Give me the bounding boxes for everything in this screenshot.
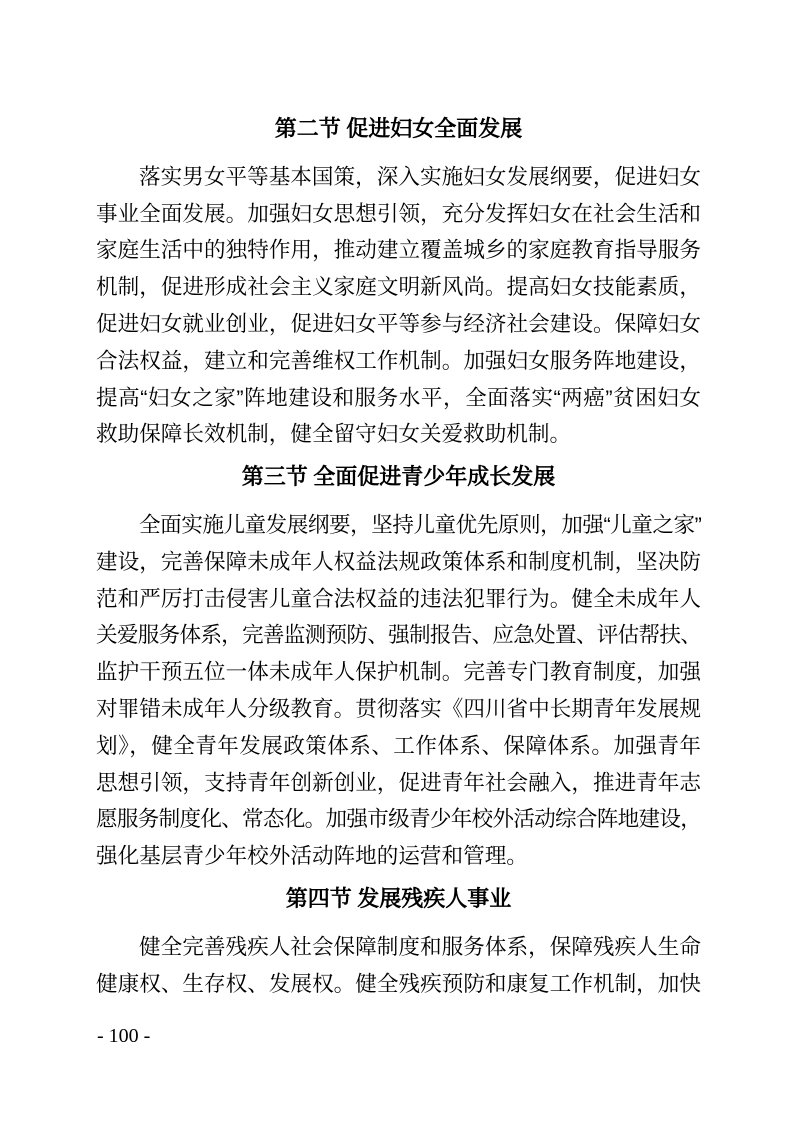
text-line: 救助保障长效机制，健全留守妇女关爱救助机制。 xyxy=(96,416,701,453)
section-heading-women-development: 第二节 促进妇女全面发展 xyxy=(96,111,701,148)
paragraph-youth-growth: 全面实施儿童发展纲要，坚持儿童优先原则，加强“儿童之家” 建设，完善保障未成年人… xyxy=(96,507,701,875)
text-line: 对罪错未成年人分级教育。贯彻落实《四川省中长期青年发展规 xyxy=(96,691,701,728)
text-line: 建设，完善保障未成年人权益法规政策体系和制度机制，坚决防 xyxy=(96,544,701,581)
text-line: 落实男女平等基本国策，深入实施妇女发展纲要，促进妇女 xyxy=(96,159,701,196)
paragraph-women-development: 落实男女平等基本国策，深入实施妇女发展纲要，促进妇女 事业全面发展。加强妇女思想… xyxy=(96,159,701,453)
text-line: 事业全面发展。加强妇女思想引领，充分发挥妇女在社会生活和 xyxy=(96,196,701,233)
paragraph-disabled-persons: 健全完善残疾人社会保障制度和服务体系，保障残疾人生命 健康权、生存权、发展权。健… xyxy=(96,929,701,1003)
text-line: 监护干预五位一体未成年人保护机制。完善专门教育制度，加强 xyxy=(96,654,701,691)
text-line: 提高“妇女之家”阵地建设和服务水平，全面落实“两癌”贫困妇女 xyxy=(96,380,701,417)
text-line: 家庭生活中的独特作用，推动建立覆盖城乡的家庭教育指导服务 xyxy=(96,232,701,269)
text-line: 愿服务制度化、常态化。加强市级青少年校外活动综合阵地建设， xyxy=(96,801,701,838)
text-line: 关爱服务体系，完善监测预防、强制报告、应急处置、评估帮扶、 xyxy=(96,617,701,654)
text-line: 划》，健全青年发展政策体系、工作体系、保障体系。加强青年 xyxy=(96,728,701,765)
text-line: 健全完善残疾人社会保障制度和服务体系，保障残疾人生命 xyxy=(96,929,701,966)
document-page: 第二节 促进妇女全面发展 落实男女平等基本国策，深入实施妇女发展纲要，促进妇女 … xyxy=(0,0,793,1122)
text-line: 促进妇女就业创业，促进妇女平等参与经济社会建设。保障妇女 xyxy=(96,306,701,343)
text-line: 健康权、生存权、发展权。健全残疾预防和康复工作机制，加快 xyxy=(96,966,701,1003)
text-line: 合法权益，建立和完善维权工作机制。加强妇女服务阵地建设， xyxy=(96,343,701,380)
document-content: 第二节 促进妇女全面发展 落实男女平等基本国策，深入实施妇女发展纲要，促进妇女 … xyxy=(0,0,793,1002)
section-heading-disabled-persons: 第四节 发展残疾人事业 xyxy=(96,881,701,918)
text-line: 全面实施儿童发展纲要，坚持儿童优先原则，加强“儿童之家” xyxy=(96,507,701,544)
text-line: 思想引领，支持青年创新创业，促进青年社会融入，推进青年志 xyxy=(96,765,701,802)
section-heading-youth-growth: 第三节 全面促进青少年成长发展 xyxy=(96,459,701,496)
text-line: 强化基层青少年校外活动阵地的运营和管理。 xyxy=(96,838,701,875)
text-line: 范和严厉打击侵害儿童合法权益的违法犯罪行为。健全未成年人 xyxy=(96,581,701,618)
text-line: 机制，促进形成社会主义家庭文明新风尚。提高妇女技能素质， xyxy=(96,269,701,306)
page-number: - 100 - xyxy=(97,1024,150,1048)
